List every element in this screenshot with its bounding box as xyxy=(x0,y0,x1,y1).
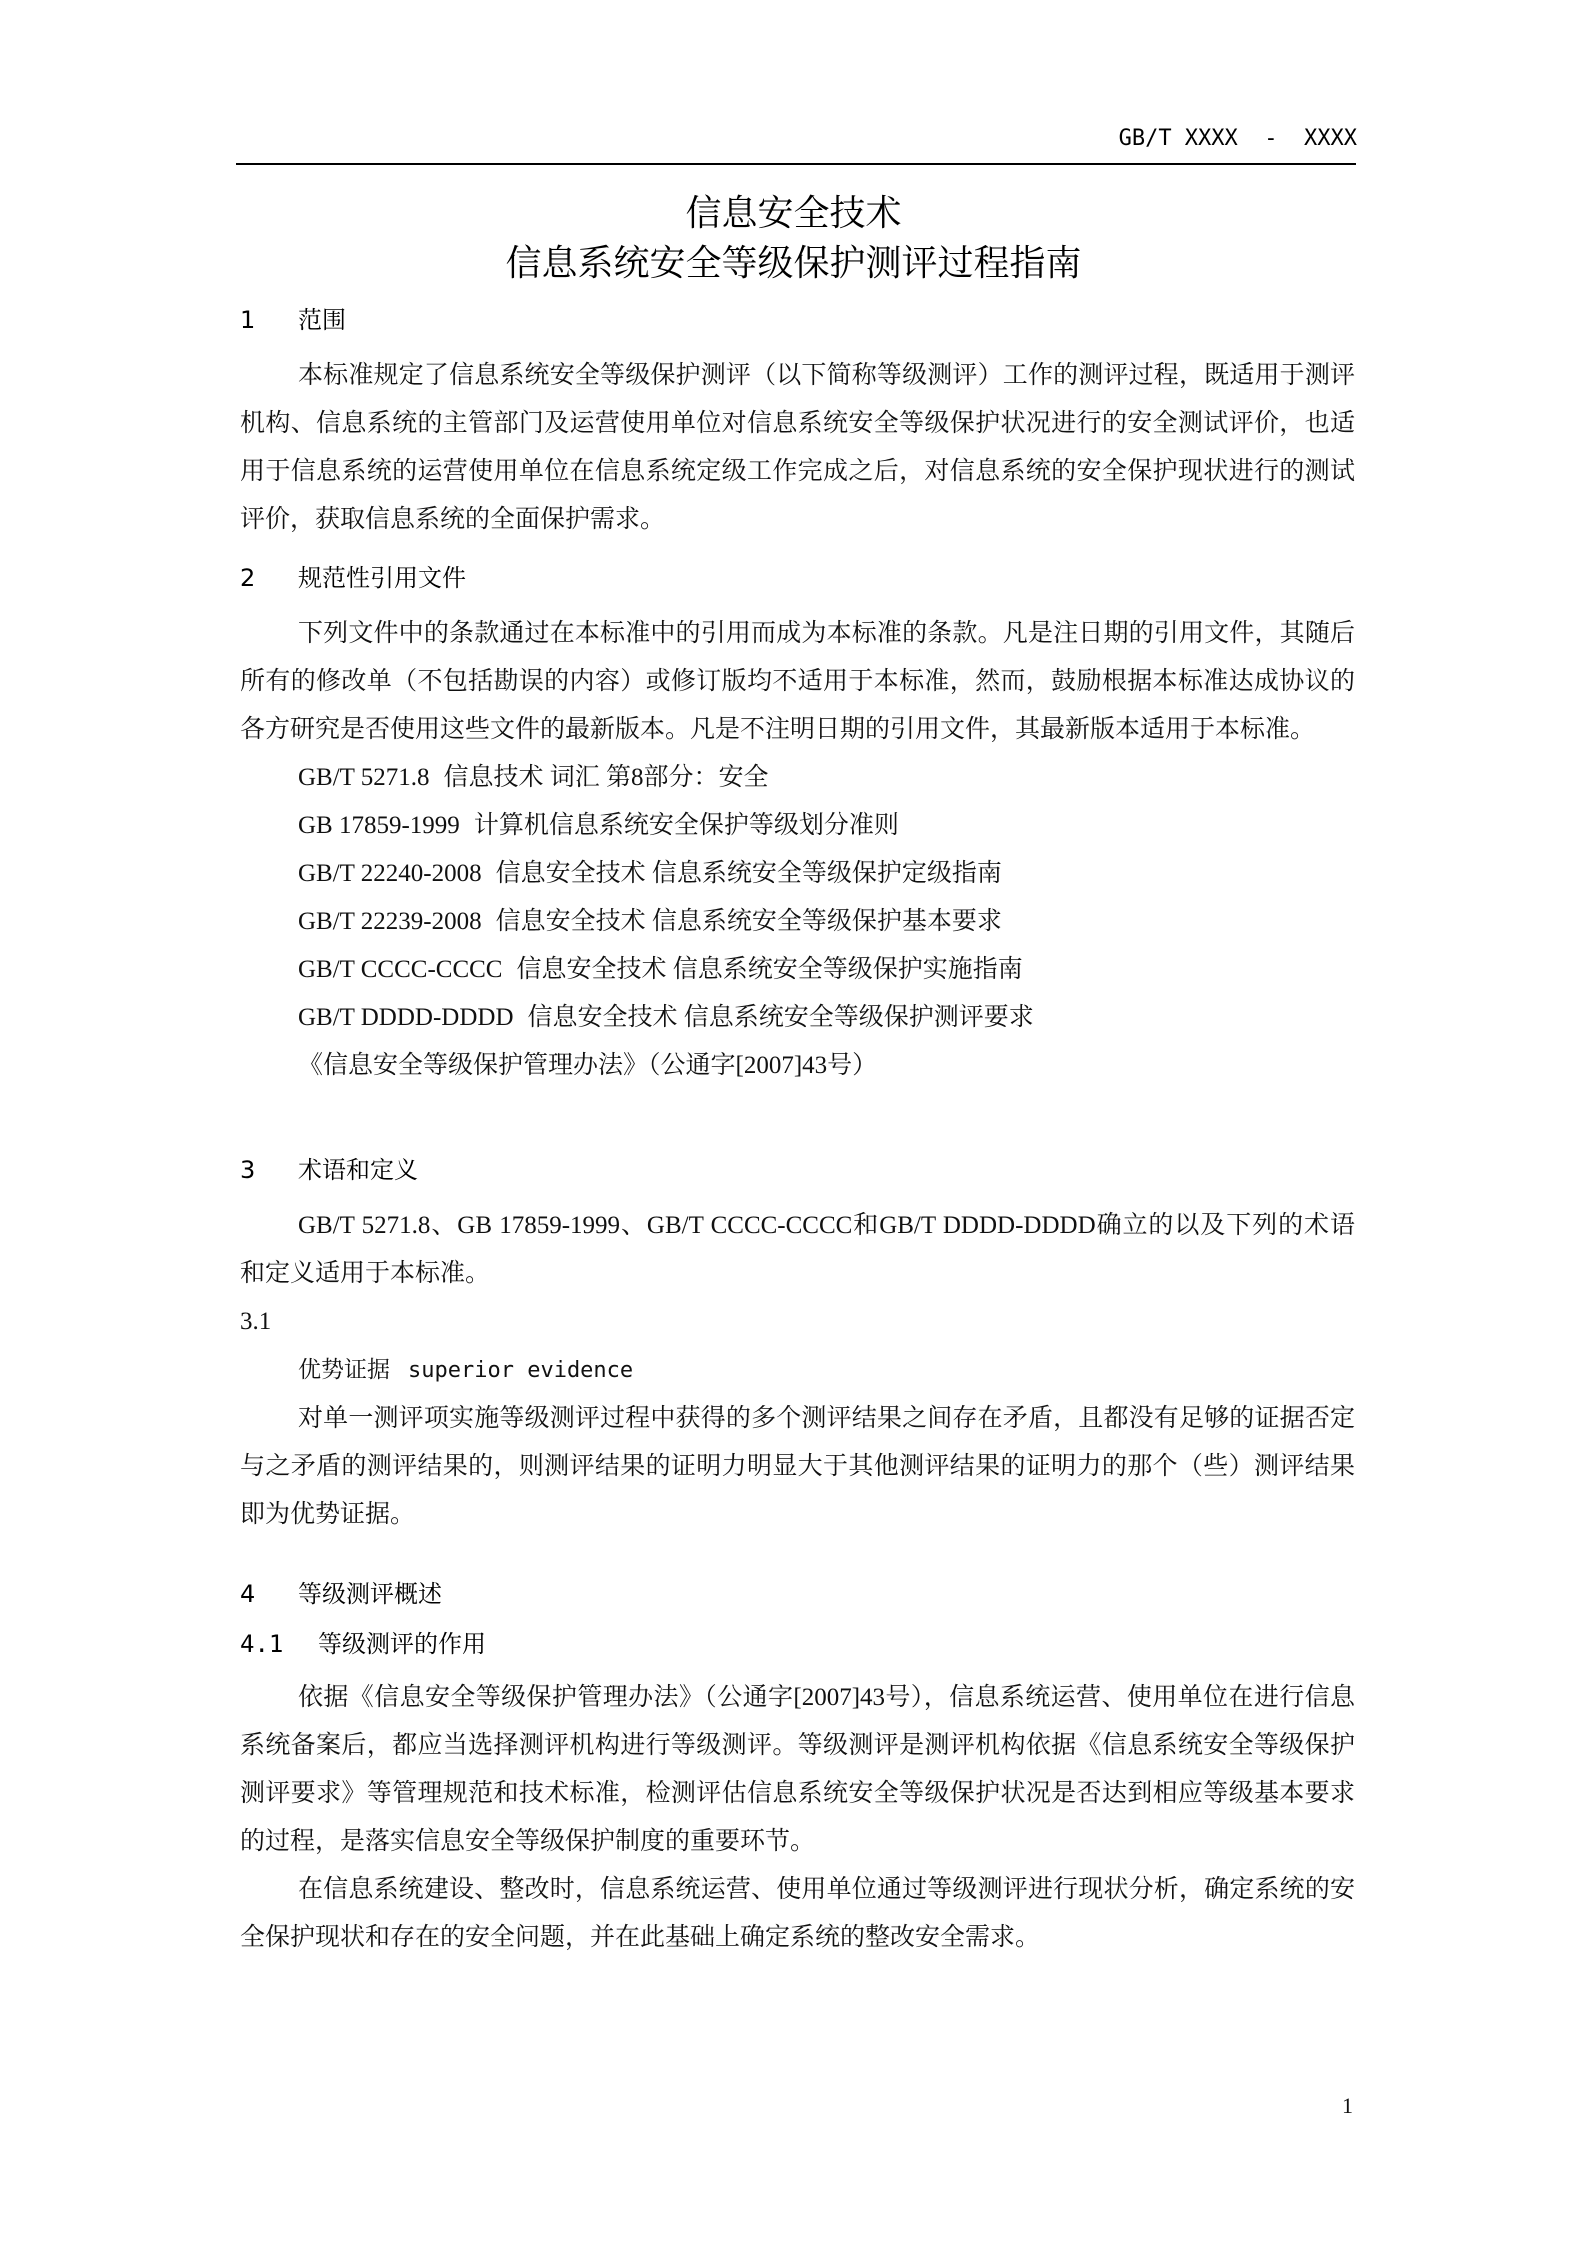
subsection-title: 等级测评的作用 xyxy=(318,1630,486,1658)
section-number: 1 xyxy=(240,296,298,344)
section-heading: 2规范性引用文件 xyxy=(240,554,1355,602)
term-zh: 优势证据 xyxy=(298,1357,390,1383)
paragraph: 在信息系统建设、整改时，信息系统运营、使用单位通过等级测评进行现状分析，确定系统… xyxy=(240,1866,1355,1962)
section-title: 术语和定义 xyxy=(298,1156,418,1184)
reference-list: GB/T 5271.8信息技术 词汇 第8部分：安全 GB 17859-1999… xyxy=(240,754,1355,1090)
reference-item: GB/T CCCC-CCCC信息安全技术 信息系统安全等级保护实施指南 xyxy=(240,946,1355,994)
term-heading: 优势证据superior evidence xyxy=(240,1346,1355,1395)
standard-code-header: GB/T XXXX - XXXX xyxy=(1119,126,1357,151)
term-en: superior evidence xyxy=(408,1358,633,1383)
reference-item: GB/T DDDD-DDDD信息安全技术 信息系统安全等级保护测评要求 xyxy=(240,994,1355,1042)
section-number: 4 xyxy=(240,1570,298,1618)
subsection-heading: 4.1等级测评的作用 xyxy=(240,1620,1355,1668)
section-title: 规范性引用文件 xyxy=(298,564,466,592)
paragraph: GB/T 5271.8、GB 17859-1999、GB/T CCCC-CCCC… xyxy=(240,1202,1355,1298)
document-title-line1: 信息安全技术 xyxy=(0,190,1587,238)
paragraph: 本标准规定了信息系统安全等级保护测评（以下简称等级测评）工作的测评过程，既适用于… xyxy=(240,352,1355,544)
page-number: 1 xyxy=(1342,2093,1353,2119)
section-2: 2规范性引用文件 下列文件中的条款通过在本标准中的引用而成为本标准的条款。凡是注… xyxy=(240,554,1355,1090)
section-heading: 3术语和定义 xyxy=(240,1146,1355,1194)
section-heading: 1范围 xyxy=(240,296,1355,344)
document-page: GB/T XXXX - XXXX 信息安全技术 信息系统安全等级保护测评过程指南… xyxy=(0,0,1587,2245)
header-rule xyxy=(236,163,1356,165)
term-number: 3.1 xyxy=(240,1298,1355,1346)
section-3: 3术语和定义 GB/T 5271.8、GB 17859-1999、GB/T CC… xyxy=(240,1146,1355,1539)
reference-item: GB/T 5271.8信息技术 词汇 第8部分：安全 xyxy=(240,754,1355,802)
section-number: 2 xyxy=(240,554,298,602)
section-number: 3 xyxy=(240,1146,298,1194)
term-definition: 对单一测评项实施等级测评过程中获得的多个测评结果之间存在矛盾，且都没有足够的证据… xyxy=(240,1395,1355,1539)
reference-item: GB/T 22239-2008信息安全技术 信息系统安全等级保护基本要求 xyxy=(240,898,1355,946)
section-1: 1范围 本标准规定了信息系统安全等级保护测评（以下简称等级测评）工作的测评过程，… xyxy=(240,296,1355,544)
reference-item: 《信息安全等级保护管理办法》（公通字[2007]43号） xyxy=(240,1042,1355,1090)
section-title: 等级测评概述 xyxy=(298,1580,442,1608)
paragraph: 下列文件中的条款通过在本标准中的引用而成为本标准的条款。凡是注日期的引用文件，其… xyxy=(240,610,1355,754)
section-4: 4等级测评概述 4.1等级测评的作用 依据《信息安全等级保护管理办法》（公通字[… xyxy=(240,1570,1355,1962)
paragraph: 依据《信息安全等级保护管理办法》（公通字[2007]43号），信息系统运营、使用… xyxy=(240,1674,1355,1866)
reference-item: GB/T 22240-2008信息安全技术 信息系统安全等级保护定级指南 xyxy=(240,850,1355,898)
section-title: 范围 xyxy=(298,306,346,334)
reference-item: GB 17859-1999计算机信息系统安全保护等级划分准则 xyxy=(240,802,1355,850)
document-title-line2: 信息系统安全等级保护测评过程指南 xyxy=(0,240,1587,288)
subsection-number: 4.1 xyxy=(240,1620,318,1668)
section-heading: 4等级测评概述 xyxy=(240,1570,1355,1618)
